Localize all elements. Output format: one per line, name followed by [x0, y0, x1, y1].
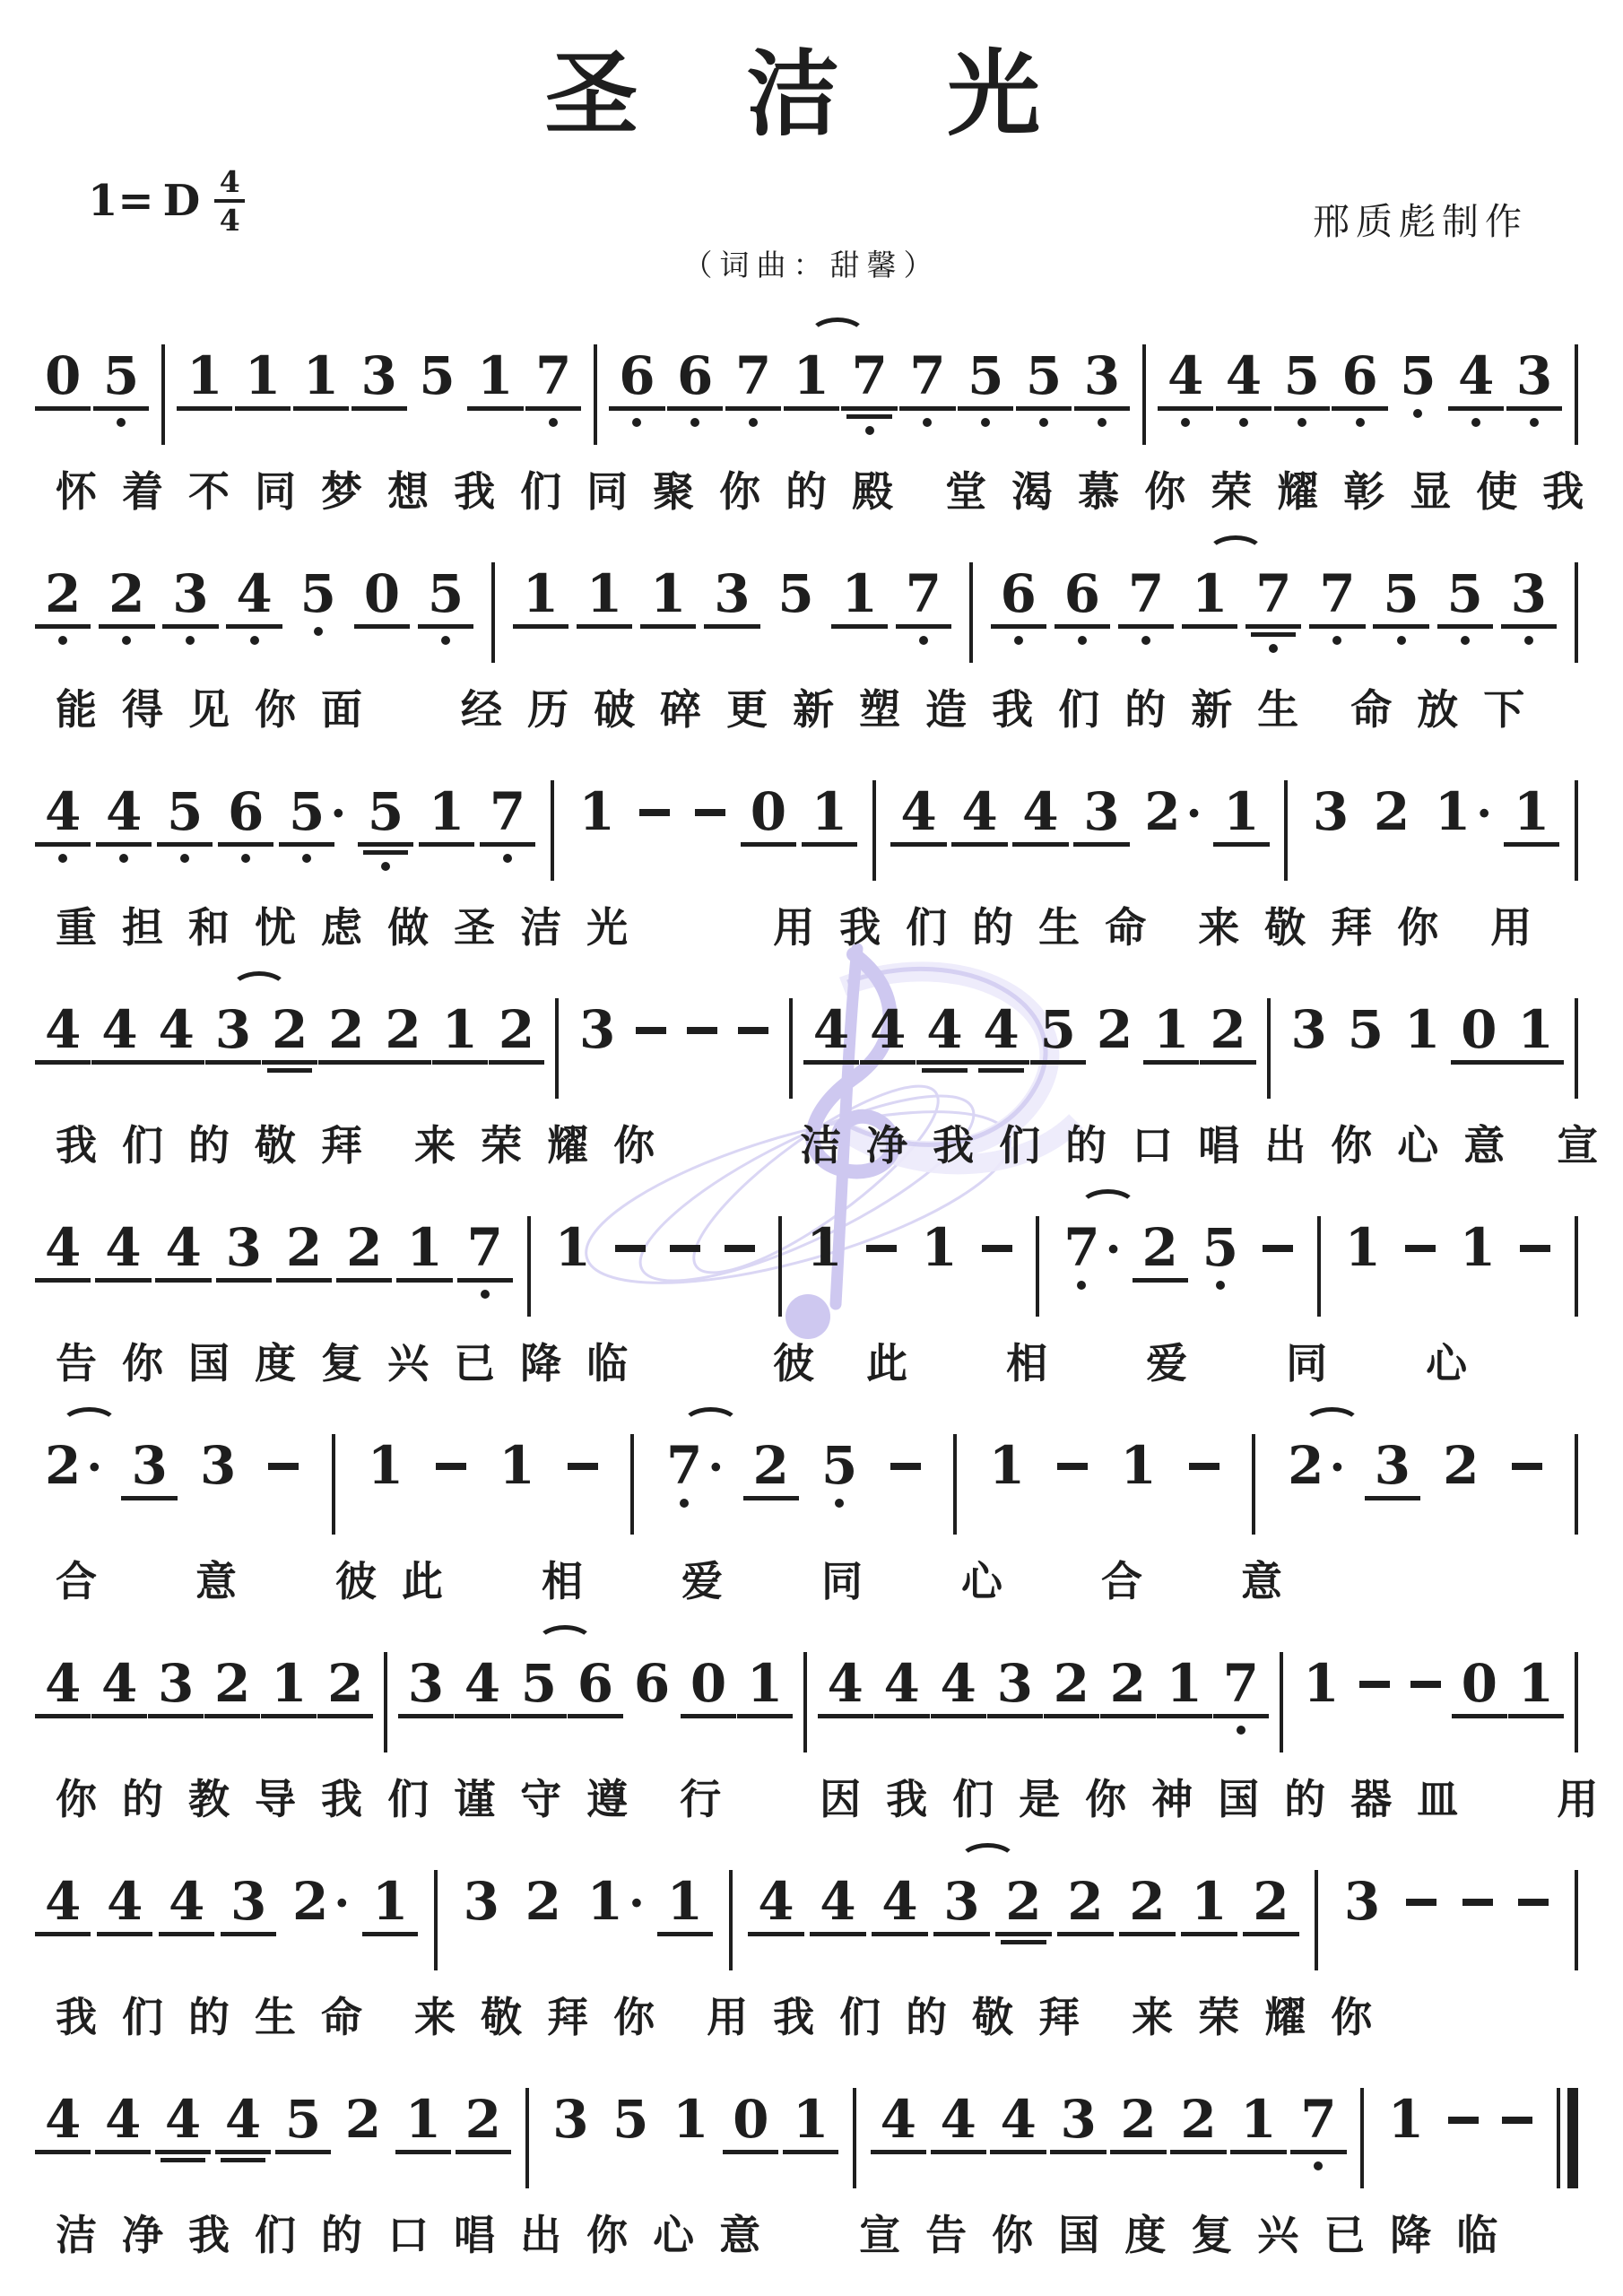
beam-underline: [226, 624, 282, 629]
note-number: 4: [813, 1004, 849, 1056]
low-octave-dot: [117, 418, 126, 427]
note: 2: [499, 973, 534, 1065]
beam-underline: [899, 406, 955, 411]
time-signature: 4 4: [214, 167, 245, 235]
note-number: 3: [464, 1875, 499, 1927]
note-number: 3: [408, 1657, 444, 1709]
beam-underline: [215, 2150, 271, 2154]
beam-underline: [317, 1714, 373, 1718]
note: 7: [535, 319, 571, 427]
note: 5: [521, 1627, 557, 1718]
note-number: 5: [1202, 1222, 1238, 1274]
note: 4: [1458, 319, 1494, 427]
note-number: 4: [1458, 350, 1494, 402]
beam-underline: [221, 1932, 276, 1936]
beam-underline: [352, 406, 407, 411]
note-number: 1: [477, 350, 513, 402]
note: 0: [751, 755, 786, 847]
duration-dash: [636, 1027, 666, 1034]
beam-underline: [1501, 624, 1557, 629]
low-octave-dot: [632, 418, 641, 427]
beam-underline: [35, 1714, 91, 1718]
beam-underline: [1213, 1714, 1269, 1718]
note: 4: [1022, 755, 1058, 847]
note-number: 3: [1083, 786, 1119, 838]
duration-dash: [1518, 1899, 1549, 1906]
beam-underline: [35, 1060, 91, 1065]
beam-underline: [148, 1060, 204, 1065]
note: 5: [1026, 319, 1062, 427]
barline: [1315, 1870, 1318, 1970]
beam-underline: [784, 406, 839, 411]
beam-underline: [95, 1278, 151, 1283]
note-number: 4: [107, 1875, 143, 1927]
note: 2: [345, 2063, 381, 2145]
note: 2: [1443, 1409, 1479, 1492]
note: 7: [1128, 537, 1164, 645]
beam-underline: [931, 2150, 986, 2154]
beam-underline: [1452, 1714, 1507, 1718]
composer-subtitle: （词曲：甜馨）: [0, 242, 1623, 284]
note: 2: [465, 2063, 501, 2154]
beam-underline: [1057, 1932, 1113, 1936]
note-number: 5: [368, 786, 404, 838]
low-octave-dot: [1332, 636, 1341, 645]
note: 3: [1060, 2063, 1096, 2154]
note: 7: [909, 319, 945, 427]
note-number: 2: [1067, 1875, 1103, 1927]
note: 1: [1120, 1409, 1156, 1492]
note: 1: [406, 1191, 442, 1283]
note-number: 6: [577, 1657, 613, 1709]
barline: [1036, 1216, 1039, 1317]
low-octave-dot: [481, 1290, 490, 1299]
barline: [594, 344, 597, 445]
note-number: 1: [667, 1875, 703, 1927]
music-line: 44432221234444521235101我 们 的 敬 拜 来 荣 耀 你…: [0, 973, 1623, 1191]
note: 1: [429, 755, 464, 847]
beam-underline: [35, 1278, 91, 1283]
note: 2: [1374, 755, 1410, 838]
note: 4: [926, 973, 962, 1073]
notes-row: 2·33117·25112·32: [0, 1409, 1623, 1540]
note: 5: [1284, 319, 1320, 427]
beam-underline: [480, 842, 535, 847]
note-number: 3: [1516, 350, 1552, 402]
note: 2·: [1288, 1409, 1324, 1492]
beam-underline: [871, 2150, 926, 2154]
duration-dash: [1512, 1463, 1542, 1470]
beam-underline: [35, 1932, 91, 1936]
note: 4: [165, 1191, 201, 1283]
note: 1: [794, 319, 829, 411]
low-octave-dot: [1356, 418, 1365, 427]
note-number: 5: [300, 568, 336, 620]
note-number: 7: [1319, 568, 1355, 620]
note: 4: [1226, 319, 1262, 427]
beam-underline: [803, 1060, 859, 1065]
note: 7: [490, 755, 525, 863]
key-tonic: D: [163, 176, 201, 226]
low-octave-dot: [835, 1499, 844, 1508]
duration-dash: [1520, 1245, 1550, 1252]
note: 1: [667, 1845, 703, 1936]
note: 0: [45, 319, 81, 411]
note-number: 6: [1001, 568, 1037, 620]
song-title: 圣 洁 光: [0, 43, 1623, 145]
note: 0: [733, 2063, 768, 2154]
duration-dot: ·: [334, 1881, 350, 1927]
note: 4: [881, 2063, 916, 2154]
beam-underline: [261, 1714, 317, 1718]
low-octave-dot: [1216, 1281, 1225, 1290]
low-octave-dot: [1239, 418, 1248, 427]
note: 1: [1167, 1627, 1202, 1718]
barline: [525, 2088, 529, 2188]
barline: [1575, 998, 1578, 1099]
note-number: 4: [464, 1657, 500, 1709]
note: 5: [285, 2063, 321, 2154]
note: 1: [1345, 1191, 1381, 1274]
barline: [1280, 1652, 1283, 1752]
note-number: 5: [1400, 350, 1436, 402]
beam-underline: [810, 1932, 865, 1936]
note: 5: [968, 319, 1003, 427]
note: 3: [230, 1845, 266, 1936]
note: 7: [906, 537, 942, 645]
beam-underline: [455, 1714, 510, 1718]
note: 3: [226, 1191, 262, 1283]
note-number: 1: [372, 1875, 408, 1927]
beam-underline: [275, 2150, 331, 2154]
duration-dash: [268, 1463, 299, 1470]
duration-dash: [687, 1027, 717, 1034]
slur-arc: [60, 1407, 118, 1443]
beam-underline: [1044, 1714, 1099, 1718]
beam-underline: [1309, 624, 1365, 629]
note: 1: [650, 537, 686, 629]
beam-underline: [874, 1714, 930, 1718]
sheet-music-page: 圣 洁 光 1= D 4 4 邢质彪制作 （词曲：甜馨） 05111351766…: [0, 0, 1623, 2296]
beam-underline: [1110, 2150, 1166, 2154]
lyrics-row: 我 们 的 敬 拜 来 荣 耀 你 洁 净 我 们 的 口 唱 出 你 心 意 …: [0, 1113, 1623, 1172]
barline: [953, 1434, 957, 1535]
note: 6: [619, 319, 655, 427]
duration-dash: [866, 1245, 897, 1252]
note-number: 1: [499, 1439, 534, 1492]
notes-row: 444322171117·2511: [0, 1191, 1623, 1322]
note: 2: [1129, 1845, 1165, 1936]
note: 6: [1341, 319, 1377, 427]
note: 4: [900, 755, 936, 847]
note-number: 4: [45, 1875, 81, 1927]
low-octave-dot: [1298, 418, 1306, 427]
beam-underline: [1143, 1060, 1199, 1065]
beam-underline: [1016, 406, 1072, 411]
note-number: 2: [214, 1657, 250, 1709]
beam-underline: [467, 406, 523, 411]
notes-row: 44565·51710144432·1321·1: [0, 755, 1623, 886]
note: 2: [385, 973, 421, 1065]
note-number: 2: [1097, 1004, 1133, 1056]
note-number: 1: [1388, 2093, 1424, 2145]
low-octave-dot: [1014, 636, 1023, 645]
note-number: 1: [1460, 1222, 1496, 1274]
final-barline: [1557, 2088, 1578, 2188]
slur-arc: [681, 1407, 740, 1443]
beam-underline: [609, 406, 664, 411]
note-number: 4: [941, 2093, 976, 2145]
note-number: 1: [579, 786, 615, 838]
beam-underline: [205, 1060, 261, 1065]
barline: [630, 1434, 634, 1535]
note: 3: [943, 1845, 979, 1936]
note: 4: [105, 1191, 141, 1283]
note-number: 2: [1180, 2093, 1216, 2145]
beam-underline: [395, 2150, 451, 2154]
note-number: 4: [158, 1004, 194, 1056]
note: 3: [200, 1409, 236, 1492]
note: 4: [45, 1845, 81, 1936]
note-number: 0: [45, 350, 81, 402]
note-number: 1: [523, 568, 559, 620]
beam-underline: [221, 2158, 265, 2162]
note: 2: [753, 1409, 789, 1500]
note: 1: [1460, 1191, 1496, 1274]
note-number: 2: [385, 1004, 421, 1056]
beam-underline: [1216, 406, 1271, 411]
note: 5: [821, 1409, 857, 1508]
note: 3: [1084, 319, 1120, 427]
barline: [789, 998, 793, 1099]
note-number: 3: [997, 1657, 1033, 1709]
note-number: 1: [245, 350, 281, 402]
beam-underline: [1100, 1714, 1156, 1718]
note-number: 4: [983, 1004, 1019, 1056]
duration-dash: [1359, 1681, 1390, 1688]
note-number: 4: [45, 2093, 81, 2145]
note: 6: [1064, 537, 1100, 645]
beam-underline: [958, 406, 1013, 411]
barline: [161, 344, 165, 445]
duration-dash: [1405, 1245, 1436, 1252]
note-number: 4: [900, 786, 936, 838]
note-number: 6: [634, 1657, 670, 1709]
beam-underline: [1332, 406, 1387, 411]
barline: [1317, 1216, 1321, 1317]
note-number: 1: [1518, 1657, 1554, 1709]
beam-underline: [513, 624, 568, 629]
note-number: 1: [650, 568, 686, 620]
note: 1: [1303, 1627, 1339, 1709]
note-number: 4: [926, 1004, 962, 1056]
duration-dash: [1448, 2117, 1479, 2124]
note: 6: [577, 1627, 613, 1718]
note-number: 0: [364, 568, 400, 620]
duration-dash: [725, 1245, 755, 1252]
barline: [491, 562, 495, 663]
note-number: 3: [200, 1439, 236, 1492]
beam-underline: [318, 1060, 374, 1065]
beam-underline: [973, 1060, 1028, 1065]
note: 7·: [1063, 1191, 1099, 1290]
low-octave-dot: [1181, 418, 1190, 427]
note-number: 5: [428, 568, 464, 620]
note-number: 5: [1284, 350, 1320, 402]
low-octave-dot: [503, 854, 512, 863]
note-number: 7: [1223, 1657, 1259, 1709]
beam-underline: [1055, 624, 1110, 629]
note-number: 1: [271, 1657, 307, 1709]
low-octave-dot: [1471, 418, 1480, 427]
note: 2: [1067, 1845, 1103, 1936]
note: 2: [214, 1627, 250, 1718]
note: 7: [1300, 2063, 1336, 2170]
barline: [1360, 2088, 1364, 2188]
beam-underline: [91, 1060, 147, 1065]
beam-underline: [96, 842, 152, 847]
note-number: 4: [101, 1004, 137, 1056]
barline: [969, 562, 973, 663]
note: 2: [1005, 1845, 1041, 1944]
duration-dot: ·: [1329, 1445, 1345, 1492]
note: 2·: [1144, 755, 1180, 838]
note-number: 1: [921, 1222, 957, 1274]
beam-underline: [95, 2150, 151, 2154]
note: 4: [820, 1845, 855, 1936]
beam-underline: [667, 406, 723, 411]
note-number: 7: [735, 350, 771, 402]
low-octave-dot: [381, 862, 390, 871]
note-number: 5: [167, 786, 203, 838]
barline: [551, 780, 554, 881]
note: 2: [1180, 2063, 1216, 2154]
note: 1: [793, 2063, 829, 2154]
beam-underline: [846, 414, 891, 419]
beam-underline: [363, 850, 408, 855]
note: 1: [523, 537, 559, 629]
low-octave-dot: [549, 418, 558, 427]
low-octave-dot: [441, 636, 450, 645]
note-number: 7: [909, 350, 945, 402]
beam-underline: [1050, 2150, 1106, 2154]
note: 4: [941, 2063, 976, 2154]
beam-underline: [723, 2150, 778, 2154]
beam-underline: [1506, 406, 1562, 411]
note: 7: [467, 1191, 503, 1299]
note: 0: [1461, 973, 1497, 1065]
barline: [1575, 1216, 1578, 1317]
note-number: 1: [1303, 1657, 1339, 1709]
note: 2: [45, 537, 81, 645]
beam-underline: [1437, 624, 1493, 629]
note-number: 2: [286, 1222, 322, 1274]
note-number: 2: [1144, 786, 1180, 838]
note: 1: [1192, 537, 1228, 629]
note-number: 3: [226, 1222, 262, 1274]
note: 5: [103, 319, 139, 427]
beam-underline: [148, 1714, 204, 1718]
music-line: 444322171117·2511告 你 国 度 复 兴 已 降 临 彼 此 相…: [0, 1191, 1623, 1409]
note: 4: [105, 2063, 141, 2154]
duration-dash: [568, 1463, 598, 1470]
beam-underline: [1030, 1060, 1086, 1065]
note-number: 2: [499, 1004, 534, 1056]
note-number: 5: [289, 786, 325, 838]
beam-underline: [748, 1932, 803, 1936]
note-number: 4: [820, 1875, 855, 1927]
score: 0511135176671775534456543怀 着 不 同 梦 想 我 们…: [0, 319, 1623, 2281]
note: 1: [586, 537, 622, 629]
note: 5: [1040, 973, 1076, 1065]
lyrics-row: 告 你 国 度 复 兴 已 降 临 彼 此 相 爱 同 心: [0, 1331, 1623, 1390]
barline: [555, 998, 559, 1099]
notes-row: 22345051113517667177553: [0, 537, 1623, 668]
note: 1: [921, 1191, 957, 1274]
note: 2: [108, 537, 144, 645]
note-number: 7: [1300, 2093, 1336, 2145]
beam-underline: [1118, 624, 1174, 629]
note: 4: [813, 973, 849, 1065]
note-number: 2: [328, 1004, 364, 1056]
duration-dash: [1189, 1463, 1219, 1470]
duration-dot: ·: [1186, 791, 1202, 838]
note-number: 5: [1026, 350, 1062, 402]
note-number: 1: [586, 568, 622, 620]
note-number: 4: [165, 2093, 201, 2145]
low-octave-dot: [749, 418, 758, 427]
note: 1: [841, 537, 877, 629]
note-number: 4: [165, 1222, 201, 1274]
beam-underline: [1290, 2150, 1346, 2154]
barline: [803, 1652, 807, 1752]
barline: [1575, 1434, 1578, 1535]
beam-underline: [155, 2150, 211, 2154]
note: 4: [165, 2063, 201, 2162]
note-number: 2: [1253, 1875, 1289, 1927]
barline: [384, 1652, 387, 1752]
beam-underline: [457, 1278, 513, 1283]
note-number: 0: [1462, 1657, 1497, 1709]
note: 3: [1344, 1845, 1380, 1927]
note-number: 1: [1223, 786, 1259, 838]
beam-underline: [216, 1278, 272, 1283]
note: 4: [45, 973, 81, 1065]
duration-dash: [615, 1245, 646, 1252]
note-number: 2: [753, 1439, 789, 1492]
time-signature-bottom: 4: [220, 205, 240, 235]
note: 4: [464, 1627, 500, 1718]
beam-underline: [293, 406, 349, 411]
note-number: 2: [1288, 1439, 1324, 1492]
note-number: 1: [187, 350, 222, 402]
note-number: 5: [777, 568, 813, 620]
beam-underline: [218, 842, 273, 847]
note-number: 4: [45, 1222, 81, 1274]
beam-underline: [162, 624, 218, 629]
beam-underline: [1504, 842, 1559, 847]
duration-dash: [436, 1463, 466, 1470]
note-number: 4: [881, 2093, 916, 2145]
low-octave-dot: [1530, 418, 1539, 427]
note: 5: [1202, 1191, 1238, 1290]
note-number: 5: [968, 350, 1003, 402]
note-number: 3: [552, 2093, 588, 2145]
duration-dash: [982, 1245, 1012, 1252]
note-number: 3: [215, 1004, 251, 1056]
note: 1: [303, 319, 339, 411]
beam-underline: [336, 1278, 392, 1283]
